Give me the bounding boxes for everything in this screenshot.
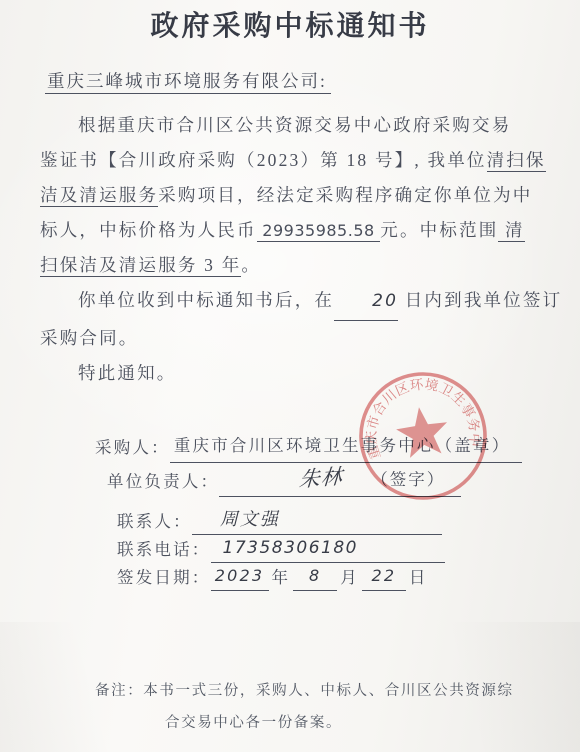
issue-month: 8 [293,563,337,591]
text-segment: 根据重庆市合川区公共资源交易中心政府采购交易 [78,115,511,135]
contact-label: 联系人： [117,512,192,531]
recipient-name: 重庆三峰城市环境服务有限公司: [45,71,331,94]
phone-label: 联系电话： [117,540,211,559]
handwritten-month: 8 [309,566,321,585]
issue-day: 22 [362,563,406,591]
issue-year: 2023 [211,563,269,591]
underlined-text: 清 [498,220,524,242]
underlined-text: 29935985.58 [257,221,381,242]
text-segment: 。 [241,255,261,275]
purchaser-label: 采购人： [95,438,170,457]
underlined-text: 洁及清运服务 [40,185,158,207]
body-line: 采购合同。 [40,321,544,356]
text-segment: 采购合同。 [40,328,139,348]
footer-note: 备注：本书一式三份，采购人、中标人、合川区公共资源综 合交易中心各一份备案。 [95,675,540,739]
official-seal: 重庆市合川区环境卫生事务中心 [338,351,507,520]
day-unit: 日 [409,568,428,587]
body-line: 你单位收到中标通知书后，在20 日内到我单位签订 [40,283,544,321]
body-line: 鉴证书【合川政府采购（2023）第 18 号】, 我单位清扫保 [40,143,544,178]
issue-date-label: 签发日期： [117,568,211,587]
text-segment: 元。中标范围 [380,220,498,240]
text-segment: 日内到我单位签订 [398,290,562,310]
body-line: 洁及清运服务采购项目，经法定采购程序确定你单位为中 [40,178,544,213]
issue-date-row: 签发日期：2023年8月22日 [117,563,550,591]
handwritten-day: 22 [372,566,397,585]
text-segment: 标人，中标价格为人民币 [40,220,257,240]
recipient-line: 重庆三峰城市环境服务有限公司: [45,68,540,94]
text-segment: 鉴证书【合川政府采购（2023）第 18 号】, 我单位 [40,150,487,170]
footer-note-line: 合交易中心各一份备案。 [95,707,540,739]
text-segment: 你单位收到中标通知书后，在 [78,290,334,310]
handwritten-phone-number: 17358306180 [223,538,358,558]
footer-note-line: 备注：本书一式三份，采购人、中标人、合川区公共资源综 [95,675,540,707]
handwritten-year: 2023 [215,566,265,585]
responsible-label: 单位负责人： [107,472,219,491]
contact-row: 联系人：周文强 [117,507,550,535]
handwritten-text: 20 [334,284,398,321]
document-title: 政府采购中标通知书 [0,0,580,44]
month-unit: 月 [340,568,359,587]
scanned-document-page: 政府采购中标通知书 重庆三峰城市环境服务有限公司: 根据重庆市合川区公共资源交易… [0,0,580,752]
underlined-text: 清扫保 [487,150,546,172]
document-body: 根据重庆市合川区公共资源交易中心政府采购交易 鉴证书【合川政府采购（2023）第… [40,108,544,391]
body-line: 根据重庆市合川区公共资源交易中心政府采购交易 [40,108,544,143]
underlined-text: 扫保洁及清运服务 3 年 [40,255,241,277]
seal-star [394,404,452,459]
body-line: 扫保洁及清运服务 3 年。 [40,248,544,283]
year-unit: 年 [272,568,291,587]
handwritten-signature: 朱林 [298,461,344,494]
handwritten-contact-name: 周文强 [220,509,280,530]
body-line: 标人，中标价格为人民币 29935985.58 元。中标范围 清 [40,213,544,248]
phone-value: 17358306180 [211,535,445,563]
phone-row: 联系电话：17358306180 [117,535,550,563]
text-segment: 采购项目，经法定采购程序确定你单位为中 [158,185,532,205]
